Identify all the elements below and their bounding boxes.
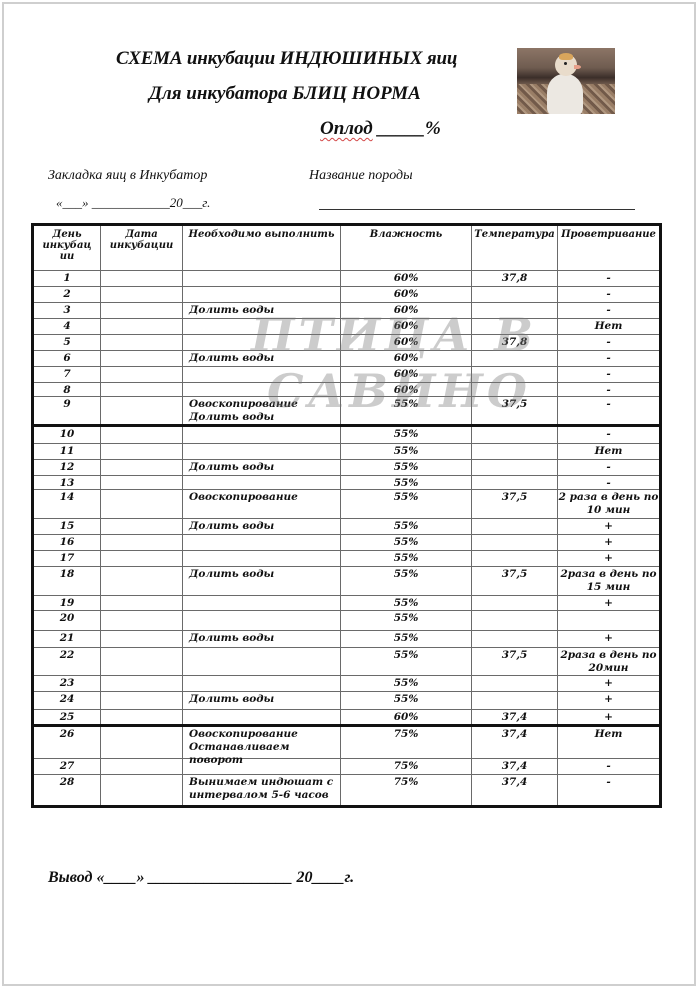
cell-vent: + [558,551,659,566]
cell-humidity: 55% [341,596,472,610]
fertility-blank: _____% [377,118,440,139]
cell-temp [472,383,558,396]
cell-humidity: 60% [341,710,472,724]
table-row: 860%- [34,383,659,397]
cell-vent: - [558,383,659,396]
cell-task: Долить воды [183,631,341,647]
table-row: 24Долить воды55%+ [34,692,659,710]
cell-task: Овоскопирование Долить воды [183,397,341,424]
incubation-schedule-table: День инкубац ииДата инкубацииНеобходимо … [31,223,662,808]
cell-task: Долить воды [183,460,341,475]
cell-humidity: 55% [341,397,472,424]
cell-date [101,335,183,350]
cell-vent: + [558,710,659,724]
cell-day: 3 [34,303,101,318]
cell-humidity: 60% [341,271,472,286]
cell-task: Долить воды [183,519,341,534]
cell-humidity: 55% [341,567,472,595]
cell-date [101,535,183,550]
table-row: 9Овоскопирование Долить воды55%37,5- [34,397,659,427]
table-row: 2055% [34,611,659,631]
cell-temp [472,444,558,459]
cell-vent: + [558,676,659,691]
column-header-day: День инкубац ии [34,226,101,270]
table-row: 14Овоскопирование55%37,52 раза в день по… [34,490,659,519]
cell-vent: - [558,335,659,350]
cell-date [101,287,183,302]
cell-humidity: 55% [341,535,472,550]
table-row: 28Вынимаем индюшат с интервалом 5-6 часо… [34,775,659,805]
cell-vent: - [558,287,659,302]
cell-temp: 37,5 [472,397,558,424]
table-row: 1055%- [34,427,659,444]
cell-temp [472,596,558,610]
cell-temp: 37,8 [472,271,558,286]
cell-day: 7 [34,367,101,382]
cell-temp [472,631,558,647]
cell-date [101,551,183,566]
cell-vent: Нет [558,727,659,758]
table-row: 160%37,8- [34,271,659,287]
cell-task: Долить воды [183,351,341,366]
document-title: СХЕМА инкубации ИНДЮШИНЫХ яиц [116,48,457,70]
cell-date [101,476,183,489]
cell-task [183,367,341,382]
cell-day: 10 [34,427,101,443]
cell-task: Долить воды [183,692,341,709]
cell-date [101,775,183,805]
cell-vent: - [558,351,659,366]
table-row: 2560%37,4+ [34,710,659,727]
cell-date [101,596,183,610]
cell-vent [558,611,659,630]
cell-temp [472,519,558,534]
cell-humidity: 55% [341,692,472,709]
cell-humidity: 75% [341,727,472,758]
cell-day: 27 [34,759,101,774]
cell-temp [472,287,558,302]
cell-temp [472,303,558,318]
cell-day: 9 [34,397,101,424]
cell-humidity: 60% [341,319,472,334]
cell-temp [472,476,558,489]
cell-humidity: 55% [341,427,472,443]
cell-temp: 37,5 [472,648,558,675]
cell-temp [472,367,558,382]
cell-task [183,596,341,610]
cell-task [183,551,341,566]
breed-name-label: Название породы [309,168,413,184]
table-row: 2775%37,4- [34,759,659,775]
cell-temp [472,535,558,550]
cell-task: Долить воды [183,567,341,595]
cell-vent: - [558,759,659,774]
cell-humidity: 55% [341,551,472,566]
cell-task [183,427,341,443]
cell-temp [472,351,558,366]
cell-humidity: 75% [341,775,472,805]
table-row: 460%Нет [34,319,659,335]
cell-task [183,648,341,675]
table-row: 2355%+ [34,676,659,692]
cell-day: 18 [34,567,101,595]
cell-date [101,692,183,709]
cell-date [101,367,183,382]
cell-date [101,727,183,758]
cell-vent: Нет [558,319,659,334]
cell-humidity: 60% [341,367,472,382]
cell-date [101,519,183,534]
cell-vent: + [558,596,659,610]
cell-temp: 37,5 [472,490,558,518]
table-row: 12Долить воды55%- [34,460,659,476]
laying-date-label: Закладка яиц в Инкубатор [48,168,207,184]
cell-vent: - [558,775,659,805]
table-header-row: День инкубац ииДата инкубацииНеобходимо … [34,226,659,271]
cell-day: 14 [34,490,101,518]
table-row: 1355%- [34,476,659,490]
cell-date [101,271,183,286]
cell-vent: 2 раза в день по 10 мин [558,490,659,518]
cell-date [101,427,183,443]
cell-date [101,397,183,424]
cell-humidity: 55% [341,676,472,691]
cell-date [101,631,183,647]
cell-day: 25 [34,710,101,724]
table-row: 1655%+ [34,535,659,551]
cell-vent: - [558,303,659,318]
cell-vent: - [558,367,659,382]
cell-temp: 37,4 [472,775,558,805]
cell-date [101,383,183,396]
cell-vent: - [558,271,659,286]
cell-vent: + [558,692,659,709]
column-header-humidity: Влажность [341,226,472,270]
cell-day: 1 [34,271,101,286]
cell-task [183,535,341,550]
cell-humidity: 55% [341,490,472,518]
cell-temp [472,460,558,475]
cell-vent: + [558,631,659,647]
cell-day: 22 [34,648,101,675]
cell-humidity: 55% [341,631,472,647]
cell-day: 26 [34,727,101,758]
cell-date [101,759,183,774]
table-row: 560%37,8- [34,335,659,351]
cell-vent: + [558,535,659,550]
cell-task [183,319,341,334]
cell-date [101,611,183,630]
cell-date [101,648,183,675]
cell-day: 16 [34,535,101,550]
cell-task [183,271,341,286]
table-row: 21Долить воды55%+ [34,631,659,648]
cell-day: 13 [34,476,101,489]
cell-day: 12 [34,460,101,475]
cell-date [101,351,183,366]
cell-humidity: 55% [341,476,472,489]
cell-task [183,444,341,459]
cell-vent: 2раза в день по 20мин [558,648,659,675]
cell-temp: 37,4 [472,759,558,774]
table-row: 3Долить воды60%- [34,303,659,319]
table-row: 18Долить воды55%37,52раза в день по 15 м… [34,567,659,596]
cell-humidity: 60% [341,351,472,366]
cell-vent: - [558,476,659,489]
table-row: 1755%+ [34,551,659,567]
cell-task [183,287,341,302]
cell-task [183,476,341,489]
cell-temp [472,611,558,630]
cell-vent: - [558,427,659,443]
table-row: 6Долить воды60%- [34,351,659,367]
cell-date [101,710,183,724]
cell-humidity: 60% [341,383,472,396]
cell-humidity: 60% [341,335,472,350]
cell-day: 5 [34,335,101,350]
cell-vent: - [558,460,659,475]
table-row: 26Овоскопирование Останавливаем поворот7… [34,727,659,759]
table-row: 260%- [34,287,659,303]
cell-day: 21 [34,631,101,647]
column-header-temp: Температура [472,226,558,270]
cell-temp: 37,4 [472,710,558,724]
table-row: 15Долить воды55%+ [34,519,659,535]
cell-task [183,611,341,630]
document-page: СХЕМА инкубации ИНДЮШИНЫХ яиц Для инкуба… [2,2,696,986]
column-header-task: Необходимо выполнить [183,226,341,270]
cell-task: Вынимаем индюшат с интервалом 5-6 часов [183,775,341,805]
cell-day: 17 [34,551,101,566]
breed-name-field [319,209,635,210]
column-header-vent: Проветривание [558,226,659,270]
cell-temp [472,427,558,443]
cell-task [183,383,341,396]
fertility-label: Оплод [320,118,373,139]
cell-day: 15 [34,519,101,534]
cell-temp: 37,4 [472,727,558,758]
cell-task [183,710,341,724]
column-header-date: Дата инкубации [101,226,183,270]
cell-date [101,460,183,475]
cell-day: 6 [34,351,101,366]
cell-task [183,759,341,774]
cell-task: Овоскопирование [183,490,341,518]
cell-day: 4 [34,319,101,334]
cell-temp: 37,5 [472,567,558,595]
cell-temp [472,319,558,334]
cell-task [183,676,341,691]
cell-vent: 2раза в день по 15 мин [558,567,659,595]
cell-day: 24 [34,692,101,709]
cell-temp [472,551,558,566]
cell-date [101,303,183,318]
cell-day: 11 [34,444,101,459]
cell-day: 23 [34,676,101,691]
cell-task [183,335,341,350]
cell-humidity: 55% [341,648,472,675]
cell-day: 19 [34,596,101,610]
cell-humidity: 75% [341,759,472,774]
cell-humidity: 60% [341,287,472,302]
cell-humidity: 55% [341,460,472,475]
cell-date [101,444,183,459]
cell-date [101,319,183,334]
cell-day: 8 [34,383,101,396]
cell-day: 28 [34,775,101,805]
cell-task: Долить воды [183,303,341,318]
document-subtitle: Для инкубатора БЛИЦ НОРМА [149,83,421,105]
cell-date [101,676,183,691]
hatch-date-field: Вывод «____» __________________ 20____г. [48,869,354,887]
cell-humidity: 60% [341,303,472,318]
cell-day: 2 [34,287,101,302]
table-row: 2255%37,52раза в день по 20мин [34,648,659,676]
laying-date-field: «___» ____________20___г. [56,195,210,211]
cell-date [101,490,183,518]
cell-day: 20 [34,611,101,630]
table-row: 1155%Нет [34,444,659,460]
cell-humidity: 55% [341,444,472,459]
cell-date [101,567,183,595]
table-row: 1955%+ [34,596,659,611]
cell-vent: Нет [558,444,659,459]
turkey-poult-photo [517,48,615,114]
table-row: 760%- [34,367,659,383]
cell-vent: - [558,397,659,424]
fertility-field: Оплод _____% [320,118,441,140]
cell-temp [472,676,558,691]
cell-humidity: 55% [341,611,472,630]
cell-task: Овоскопирование Останавливаем поворот [183,727,341,758]
cell-vent: + [558,519,659,534]
cell-temp [472,692,558,709]
cell-humidity: 55% [341,519,472,534]
cell-temp: 37,8 [472,335,558,350]
